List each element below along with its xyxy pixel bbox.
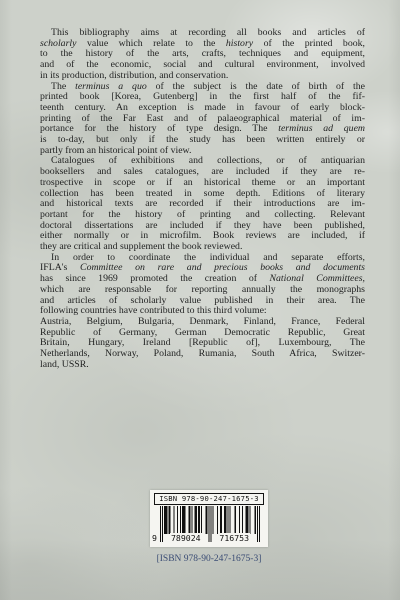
- barcode-digits: 9 789024 716753: [160, 506, 260, 544]
- barcode-digits-left: 789024: [170, 533, 202, 543]
- isbn-caption: [ISBN 978-90-247-1675-3]: [139, 554, 279, 565]
- ean13-barcode: 9 789024 716753: [160, 506, 260, 544]
- text-line: Netherlands, Norway, Poland, Rumania, So…: [40, 349, 365, 360]
- isbn-label: ISBN 978-90-247-1675-3: [154, 493, 264, 505]
- isbn-barcode-block: ISBN 978-90-247-1675-3 9 789024 716753: [150, 490, 268, 547]
- book-back-cover: This bibliography aims at recording all …: [0, 0, 400, 600]
- barcode-digit-first: 9: [152, 533, 157, 543]
- blurb-text-block: This bibliography aims at recording all …: [40, 28, 365, 371]
- text-line: land, USSR.: [40, 360, 365, 371]
- isbn-label-text: ISBN 978-90-247-1675-3: [159, 494, 259, 503]
- barcode-digits-right: 716753: [218, 533, 250, 543]
